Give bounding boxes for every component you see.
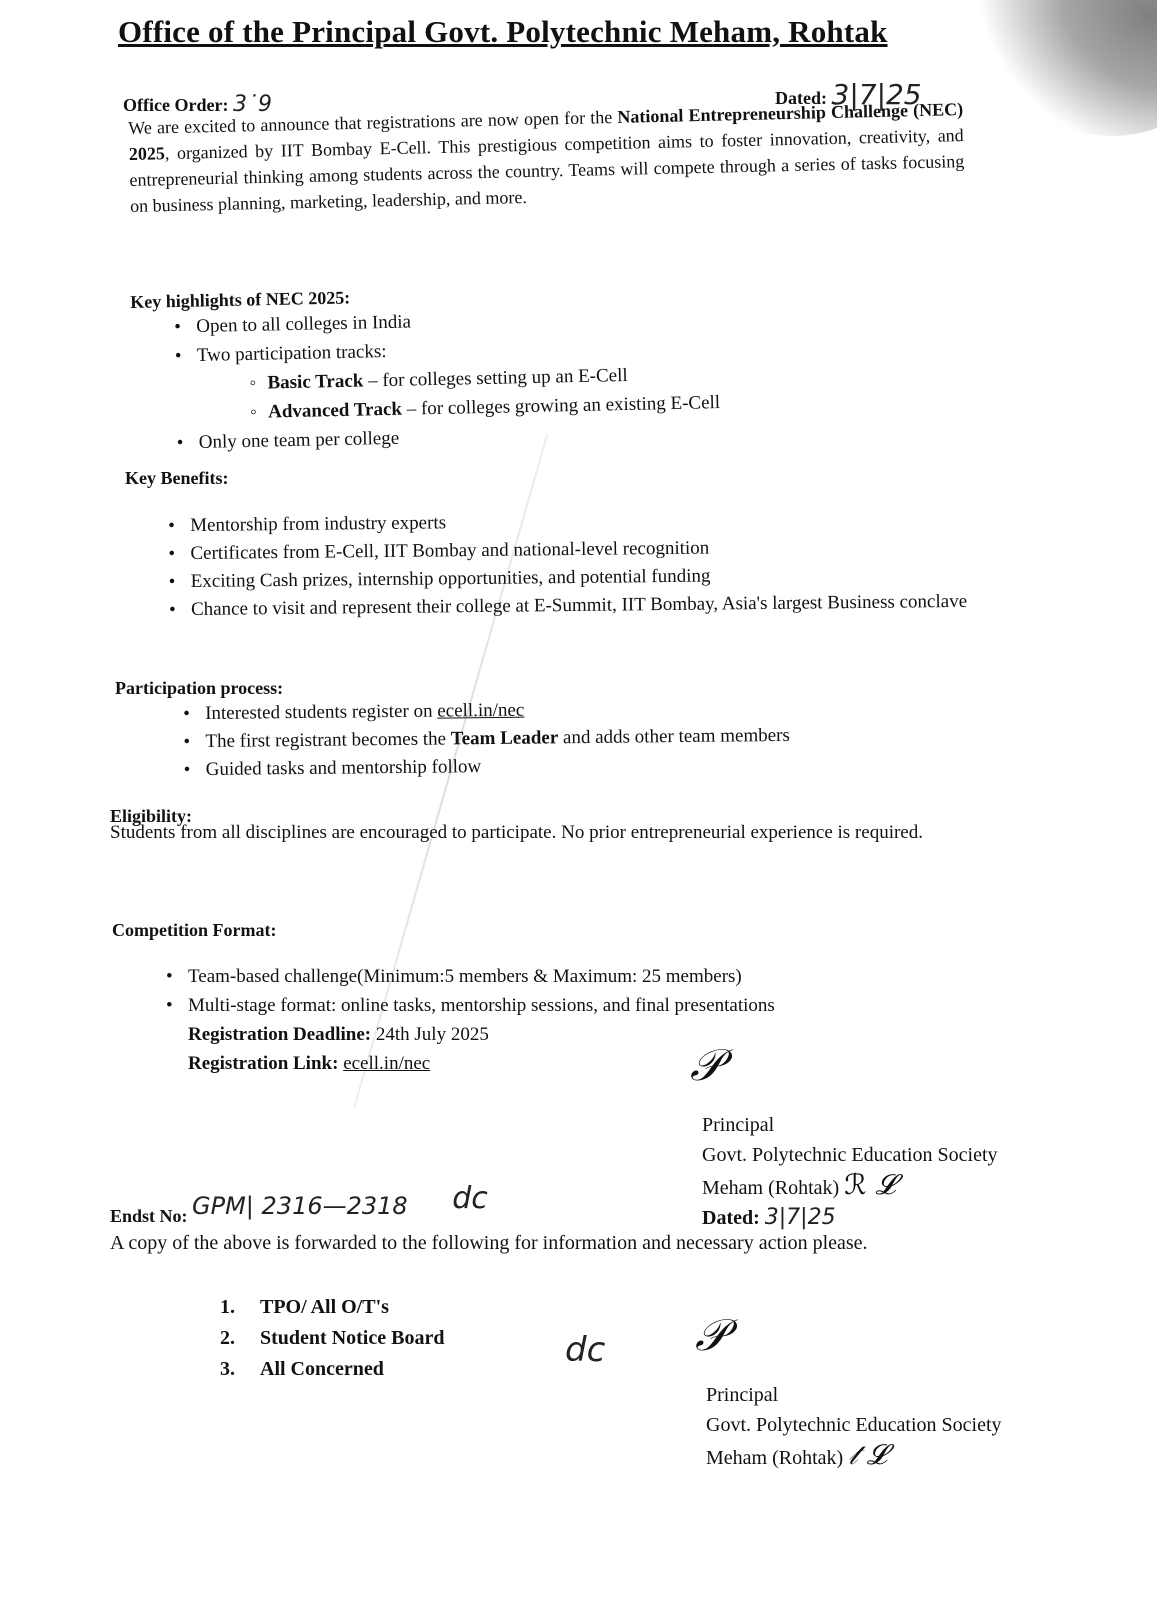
participation-heading: Participation process: [115, 678, 283, 699]
office-order-label: Office Order: [123, 95, 228, 115]
signatory-title: Principal [702, 1110, 998, 1140]
recipient-number: 1. [220, 1292, 260, 1323]
handwritten-initials: 𝓉 𝓛 [848, 1438, 887, 1471]
participation-text: Interested students register on [205, 701, 437, 724]
recipient-item: 1.TPO/ All O/T's [220, 1292, 444, 1323]
document-title: Office of the Principal Govt. Polytechni… [118, 14, 888, 50]
handwritten-initials: dc [565, 1330, 605, 1370]
deadline-label: Registration Deadline: [188, 1024, 371, 1045]
recipients-list: 1.TPO/ All O/T's 2.Student Notice Board … [220, 1292, 444, 1385]
recipient-text: Student Notice Board [260, 1327, 444, 1349]
signatory-place: Meham (Rohtak) 𝓉 𝓛 [706, 1440, 1002, 1473]
format-heading: Competition Format: [112, 920, 276, 941]
team-leader-bold: Team Leader [451, 727, 559, 749]
recipient-text: TPO/ All O/T's [260, 1296, 389, 1318]
signatory-org: Govt. Polytechnic Education Society [706, 1410, 1002, 1440]
endorsement-number: Endst No: GPM| 2316—2318 dc [110, 1195, 488, 1230]
track-desc: – for colleges growing an existing E-Cel… [402, 392, 721, 420]
highlights-list: Open to all colleges in India Two partic… [196, 301, 721, 457]
track-name: Advanced Track [268, 399, 402, 423]
track-name: Basic Track [267, 371, 363, 394]
signatory-org: Govt. Polytechnic Education Society [702, 1140, 998, 1170]
recipient-item: 2.Student Notice Board [220, 1323, 444, 1354]
registration-deadline: Registration Deadline: 24th July 2025 [188, 1020, 988, 1049]
recipient-item: 3.All Concerned [220, 1354, 444, 1385]
place-text: Meham (Rohtak) [702, 1177, 839, 1199]
place-text: Meham (Rohtak) [706, 1447, 843, 1469]
handwritten-initials: ℛ 𝓛 [844, 1168, 896, 1201]
dated-label: Dated: [702, 1207, 760, 1229]
recipient-number: 3. [220, 1354, 260, 1385]
signatory-title: Principal [706, 1380, 1002, 1410]
format-item: Multi-stage format: online tasks, mentor… [188, 991, 988, 1020]
track-desc: – for colleges setting up an E-Cell [363, 365, 628, 392]
endst-handwritten-no: GPM| 2316—2318 [192, 1192, 408, 1220]
dated-handwritten-value: 3|7|25 [765, 1205, 836, 1230]
format-item: Team-based challenge(Minimum:5 members &… [188, 962, 988, 991]
intro-text-2: , organized by IIT Bombay E-Cell. This p… [129, 125, 964, 216]
benefits-heading: Key Benefits: [125, 468, 228, 489]
signature-block-1: Principal Govt. Polytechnic Education So… [702, 1110, 998, 1233]
principal-signature: 𝒫 [690, 1040, 722, 1091]
participation-text: The first registrant becomes the [205, 728, 451, 752]
registration-link-line: Registration Link: ecell.in/nec [188, 1049, 988, 1078]
intro-paragraph: We are excited to announce that registra… [128, 96, 965, 219]
forwarding-note: A copy of the above is forwarded to the … [110, 1228, 1030, 1258]
registration-link[interactable]: ecell.in/nec [343, 1053, 430, 1074]
signatory-place: Meham (Rohtak) ℛ 𝓛 [702, 1170, 998, 1203]
registration-link[interactable]: ecell.in/nec [437, 700, 524, 722]
participation-text: and adds other team members [558, 725, 790, 748]
signature-block-2: Principal Govt. Polytechnic Education So… [706, 1380, 1002, 1473]
scanned-office-order: Office of the Principal Govt. Polytechni… [0, 0, 1157, 1600]
handwritten-initials: dc [452, 1181, 488, 1216]
link-label: Registration Link: [188, 1053, 338, 1074]
format-list: Team-based challenge(Minimum:5 members &… [188, 962, 988, 1078]
recipient-text: All Concerned [260, 1358, 384, 1380]
eligibility-text: Students from all disciplines are encour… [110, 818, 1075, 848]
participation-list: Interested students register on ecell.in… [205, 691, 1066, 784]
recipient-number: 2. [220, 1323, 260, 1354]
endst-label: Endst No: [110, 1206, 188, 1226]
benefits-list: Mentorship from industry experts Certifi… [190, 503, 1071, 624]
deadline-value: 24th July 2025 [371, 1024, 489, 1045]
principal-signature: 𝒫 [695, 1310, 727, 1361]
